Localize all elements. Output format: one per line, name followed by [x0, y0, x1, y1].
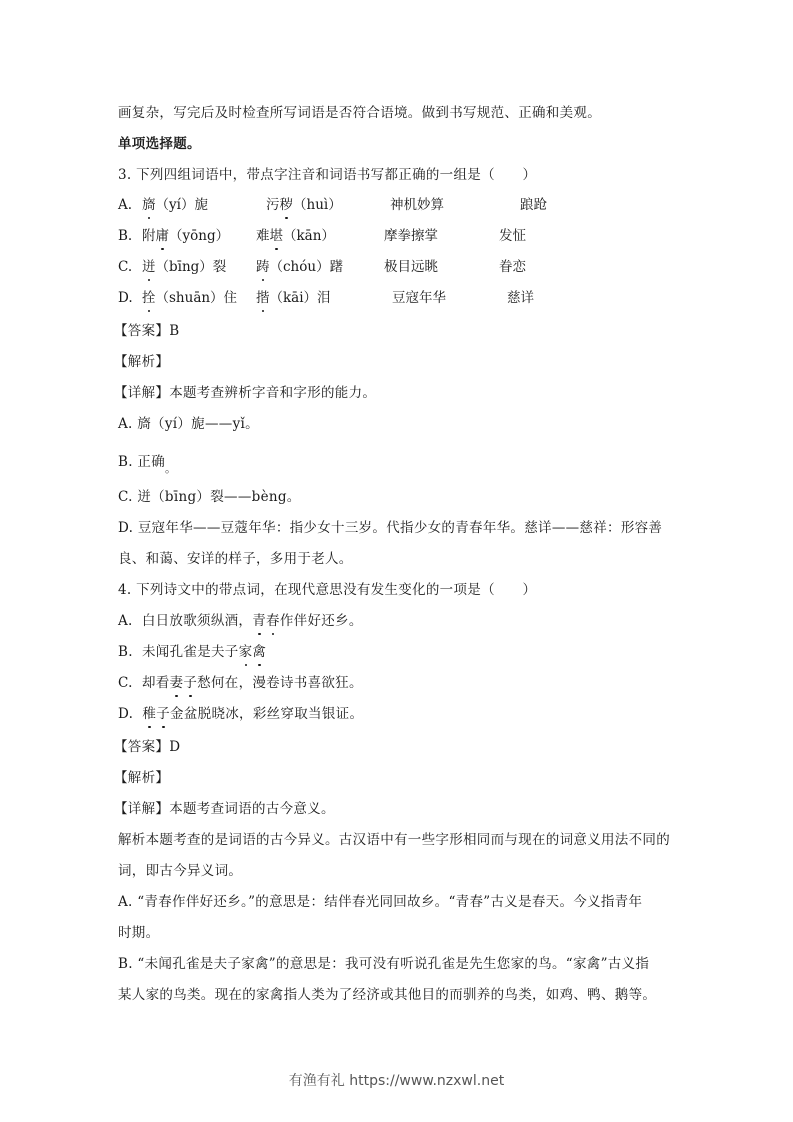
option-word-3: 神机妙算	[390, 196, 444, 214]
q4-detail: 【详解】本题考查词语的古今意义。	[114, 800, 335, 818]
option-text: 金盆脱晓冰，彩丝穿取当银证。	[170, 706, 363, 722]
q4-paragraph-6: 某人家的鸟类。现在的家禽指人类为了经济或其他目的而驯养的鸟类，如鸡、鸭、鹅等。	[118, 986, 656, 1004]
option-text: 却看	[142, 675, 170, 691]
q3-explanation-a: A. 旖（yí）旎——yǐ。	[118, 415, 259, 433]
dotted-char: 春	[266, 612, 280, 630]
option-label: A.	[118, 196, 132, 214]
q4-paragraph-5: B. “未闻孔雀是夫子家禽”的意思是：我可没有听说孔雀是先生您家的鸟。“家禽”古…	[118, 955, 649, 973]
q4-option-d: D. 稚子金盆脱晓冰，彩丝穿取当银证。	[118, 705, 363, 723]
word-rest: （huì）	[293, 197, 342, 213]
dotted-char: 妻	[170, 674, 184, 692]
explanation-text: B. 正确	[118, 454, 165, 470]
word-part: 附	[142, 228, 156, 244]
footer-watermark: 有渔有礼 https://www.nzxwl.net	[0, 1070, 793, 1090]
dotted-char: 子	[183, 674, 197, 692]
word-part: 难	[256, 228, 270, 244]
option-label: D.	[118, 289, 133, 307]
option-label: D.	[118, 706, 133, 722]
option-label: C.	[118, 258, 132, 276]
section-title: 单项选择题。	[118, 135, 201, 153]
option-word-4: 眷恋	[499, 258, 526, 276]
option-word-3: 摩拳擦掌	[384, 227, 438, 245]
dotted-char: 拴	[142, 289, 156, 307]
q3-explanation-d: D. 豆寇年华——豆蔻年华：指少女十三岁。代指少女的青春年华。慈详——慈祥：形容…	[118, 519, 662, 537]
q4-paragraph-3: A. “青春作伴好还乡。”的意思是：结伴春光同回故乡。“青春”古义是春天。今义指…	[118, 893, 642, 911]
dotted-char: 揩	[256, 289, 270, 307]
dotted-char: 堪	[270, 227, 284, 245]
q4-option-c: C. 却看妻子愁何在，漫卷诗书喜欲狂。	[118, 674, 363, 692]
option-text: 未闻孔雀是夫子	[142, 644, 239, 660]
option-label: B.	[118, 644, 133, 660]
dotted-char: 禽	[252, 643, 266, 661]
option-word-1: 旖（yí）旎	[142, 196, 208, 214]
option-word-2: 揩（kāi）泪	[256, 289, 331, 307]
q4-paragraph-2: 词，即古今异义词。	[118, 862, 242, 880]
dotted-char: 家	[239, 643, 253, 661]
option-word-4: 踉跄	[520, 196, 547, 214]
dotted-char: 秽	[280, 196, 294, 214]
option-word-3: 豆寇年华	[392, 289, 446, 307]
option-word-1: 迸（bīng）裂	[142, 258, 226, 276]
q3-explanation-d-cont: 良、和蔼、安详的样子，多用于老人。	[118, 550, 353, 568]
option-word-2: 难堪（kān）	[256, 227, 335, 245]
word-rest: （bīng）裂	[156, 259, 227, 275]
option-word-3: 极目远眺	[384, 258, 438, 276]
q3-option-d: D. 拴（shuān）住 揩（kāi）泪 豆寇年华 慈详	[118, 289, 688, 307]
word-rest: （yí）旎	[156, 197, 208, 213]
dotted-char: 子	[156, 705, 170, 723]
q4-option-a: A. 白日放歌须纵酒，青春作伴好还乡。	[118, 612, 363, 630]
option-text: 愁何在，漫卷诗书喜欲狂。	[197, 675, 363, 691]
option-word-2: 污秽（huì）	[266, 196, 342, 214]
q4-paragraph-4: 时期。	[118, 924, 159, 942]
q4-stem: 4. 下列诗文中的带点词，在现代意思没有发生变化的一项是（ ）	[118, 581, 536, 599]
option-word-1: 拴（shuān）住	[142, 289, 237, 307]
intro-tail: 画复杂，写完后及时检查所写词语是否符合语境。做到书写规范、正确和美观。	[118, 104, 601, 122]
q3-option-c: C. 迸（bīng）裂 踌（chóu）躇 极目远眺 眷恋	[118, 258, 688, 276]
option-text: 作伴好还乡。	[280, 613, 363, 629]
word-rest: （yōng）	[169, 228, 229, 244]
q3-answer: 【答案】B	[114, 322, 179, 340]
dotted-char: 庸	[156, 227, 170, 245]
trailing-period: 。	[165, 462, 176, 475]
q3-option-a: A. 旖（yí）旎 污秽（huì） 神机妙算 踉跄	[118, 196, 688, 214]
q4-answer: 【答案】D	[114, 738, 180, 756]
q3-detail: 【详解】本题考查辨析字音和字形的能力。	[114, 384, 376, 402]
word-rest: （kāi）泪	[270, 290, 331, 306]
word-rest: （kān）	[283, 228, 335, 244]
word-rest: （chóu）躇	[270, 259, 344, 275]
dotted-char: 迸	[142, 258, 156, 276]
option-word-4: 发怔	[499, 227, 526, 245]
dotted-char: 旖	[142, 196, 156, 214]
q4-analysis-label: 【解析】	[114, 769, 169, 787]
word-part: 污	[266, 197, 280, 213]
option-text: 白日放歌须纵酒，	[142, 613, 252, 629]
q3-stem: 3. 下列四组词语中，带点字注音和词语书写都正确的一组是（ ）	[118, 166, 536, 184]
option-word-4: 慈详	[507, 289, 534, 307]
option-label: C.	[118, 675, 133, 691]
q3-analysis-label: 【解析】	[114, 353, 169, 371]
option-label: B.	[118, 227, 132, 245]
word-rest: （shuān）住	[156, 290, 238, 306]
q4-option-b: B. 未闻孔雀是夫子家禽	[118, 643, 266, 661]
dotted-char: 青	[252, 612, 266, 630]
q3-explanation-c: C. 迸（bīng）裂——bèng。	[118, 488, 301, 506]
q3-explanation-b: B. 正确。	[118, 453, 176, 472]
option-word-1: 附庸（yōng）	[142, 227, 229, 245]
q4-paragraph-1: 解析本题考查的是词语的古今异义。古汉语中有一些字形相同而与现在的词意义用法不同的	[118, 831, 670, 849]
option-label: A.	[118, 613, 133, 629]
dotted-char: 稚	[142, 705, 156, 723]
q3-option-b: B. 附庸（yōng） 难堪（kān） 摩拳擦掌 发怔	[118, 227, 688, 245]
dotted-char: 踌	[256, 258, 270, 276]
option-word-2: 踌（chóu）躇	[256, 258, 343, 276]
